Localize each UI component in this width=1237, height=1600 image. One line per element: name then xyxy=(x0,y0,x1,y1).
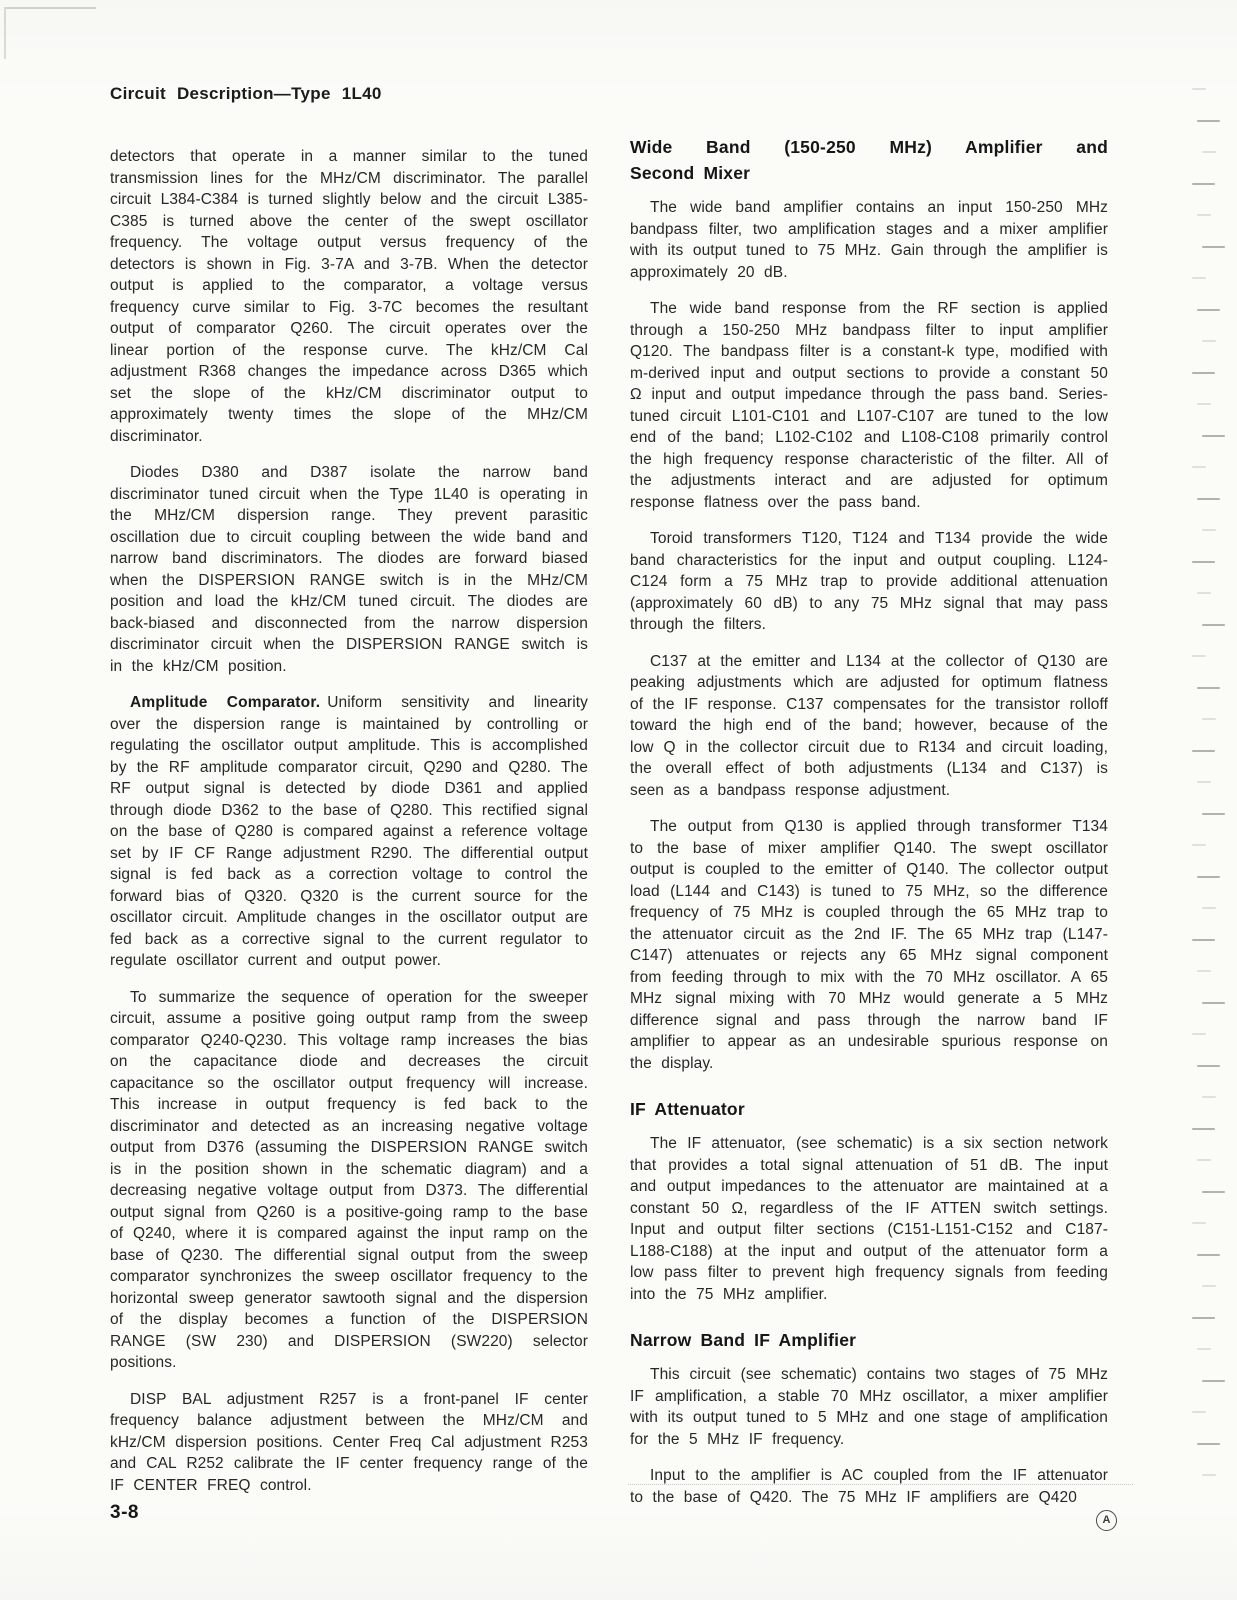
scan-artifact-dash xyxy=(1202,1096,1216,1098)
scan-artifact-dash xyxy=(1197,498,1220,500)
body-paragraph: The wide band amplifier contains an inpu… xyxy=(630,197,1108,283)
body-paragraph: C137 at the emitter and L134 at the coll… xyxy=(630,651,1108,802)
scan-artifact-dash xyxy=(1197,403,1211,405)
paragraph-text: Uniform sensitivity and linearity over t… xyxy=(110,694,588,969)
scan-artifact-dash xyxy=(1197,1443,1220,1445)
scan-artifact-dash xyxy=(1202,1474,1216,1476)
scan-artifact-dash xyxy=(1202,340,1216,342)
scan-artifact-dash xyxy=(1197,876,1220,878)
scan-artifact-dash xyxy=(1197,687,1220,689)
scan-artifact-dash xyxy=(1202,435,1225,437)
scan-artifact-dash xyxy=(1197,592,1211,594)
scanned-manual-page: { "document": { "title": "Circuit Descri… xyxy=(0,0,1237,1600)
scan-artifact-dash xyxy=(1197,970,1211,972)
scan-artifact-dash xyxy=(1192,183,1215,185)
scan-artifact-dash xyxy=(1192,750,1215,752)
scan-artifact-dash xyxy=(1202,718,1216,720)
section-heading-wide-band: Wide Band (150-250 MHz) Amplifier and Se… xyxy=(630,134,1108,186)
scan-artifact-dash xyxy=(1202,246,1225,248)
scan-artifact-dash xyxy=(1202,813,1225,815)
scan-artifact-dash xyxy=(1192,1411,1206,1413)
section-heading-narrow-band: Narrow Band IF Amplifier xyxy=(630,1327,1108,1353)
body-paragraph: To summarize the sequence of operation f… xyxy=(110,987,588,1374)
page-number: 3-8 xyxy=(110,1502,139,1524)
scan-artifact-dash xyxy=(1192,655,1206,657)
scan-artifact-dash xyxy=(1192,1317,1215,1319)
body-paragraph: DISP BAL adjustment R257 is a front-pane… xyxy=(110,1389,588,1497)
scan-artifact-corner-line xyxy=(4,7,6,59)
body-paragraph: detectors that operate in a manner simil… xyxy=(110,146,588,447)
scan-artifact-dash xyxy=(1192,1128,1215,1130)
scan-artifact-dash xyxy=(1202,624,1225,626)
scan-artifact-dash xyxy=(1202,529,1216,531)
scan-artifact-dash xyxy=(1192,372,1215,374)
scan-artifact-dash xyxy=(1197,1159,1211,1161)
section-heading-if-attenuator: IF Attenuator xyxy=(630,1096,1108,1122)
body-paragraph: The wide band response from the RF secti… xyxy=(630,298,1108,513)
scan-artifact-dash xyxy=(1197,1065,1220,1067)
revision-mark: A xyxy=(1096,1510,1117,1531)
scan-artifact-dash xyxy=(1197,1348,1211,1350)
section-heading-line: Wide Band (150-250 MHz) Amplifier and xyxy=(630,134,1108,160)
scan-artifact-dash xyxy=(1192,1033,1206,1035)
scan-artifact-dash xyxy=(1192,939,1215,941)
body-paragraph: Input to the amplifier is AC coupled fro… xyxy=(630,1465,1108,1508)
scan-artifact-dash xyxy=(1197,781,1211,783)
body-paragraph: The IF attenuator, (see schematic) is a … xyxy=(630,1133,1108,1305)
scan-artifact-dash xyxy=(1202,1380,1225,1382)
body-paragraph: This circuit (see schematic) contains tw… xyxy=(630,1364,1108,1450)
scan-artifact-dash xyxy=(1192,1222,1206,1224)
scan-artifact-dash xyxy=(1202,1285,1216,1287)
scan-artifact-dash xyxy=(1202,151,1216,153)
scan-artifact-dash xyxy=(1197,120,1220,122)
scan-artifact-dash xyxy=(1192,277,1206,279)
body-paragraph: Toroid transformers T120, T124 and T134 … xyxy=(630,528,1108,636)
run-in-heading-amplitude-comparator: Amplitude Comparator. xyxy=(130,694,320,711)
scan-artifact-dash xyxy=(1192,561,1215,563)
scan-artifact-dash xyxy=(1192,466,1206,468)
section-heading-line: Second Mixer xyxy=(630,160,1108,186)
scan-artifact-dash xyxy=(1197,214,1211,216)
scan-artifact-dash xyxy=(1202,907,1216,909)
document-title: Circuit Description—Type 1L40 xyxy=(110,84,382,104)
scan-artifact-dash xyxy=(1197,1254,1220,1256)
body-paragraph: The output from Q130 is applied through … xyxy=(630,816,1108,1074)
right-column: Wide Band (150-250 MHz) Amplifier and Se… xyxy=(630,134,1108,1523)
scan-artifact-dash xyxy=(1197,309,1220,311)
left-column: detectors that operate in a manner simil… xyxy=(110,146,588,1511)
scan-artifact-dash xyxy=(1192,88,1206,90)
scan-artifact-corner-line xyxy=(4,7,96,9)
body-paragraph-amplitude-comparator: Amplitude Comparator.Uniform sensitivity… xyxy=(110,692,588,972)
body-paragraph: Diodes D380 and D387 isolate the narrow … xyxy=(110,462,588,677)
scan-artifact-dash xyxy=(1192,844,1206,846)
scan-artifact-dash xyxy=(1202,1191,1225,1193)
scan-artifact-dash xyxy=(1202,1002,1225,1004)
